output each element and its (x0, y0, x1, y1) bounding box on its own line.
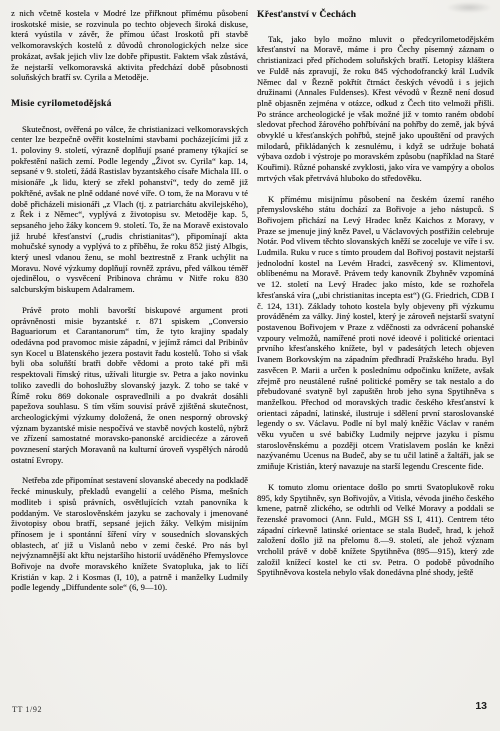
section-heading-krestanstvi-v-cechach: Křesťanství v Čechách (257, 10, 494, 21)
scanned-journal-page: z nich včetně kostela v Modré lze přiřkn… (0, 0, 500, 731)
paragraph: K tomuto zlomu orientace došlo po smrti … (257, 482, 494, 578)
paragraph: Skutečnost, ověřená po válce, že christi… (11, 124, 248, 295)
section-heading-misie-cyrilometodejska: Misie cyrilometodějská (11, 99, 248, 110)
paragraph: Tak, jako bylo možno mluvit o předcyrilo… (257, 34, 494, 184)
paragraph: Právě proto mohli bavorští biskupové arg… (11, 305, 248, 466)
right-text-column: Křesťanství v Čechách Tak, jako bylo mož… (257, 8, 494, 698)
footer-journal-id: TT 1/92 (12, 705, 42, 714)
page-number: 13 (475, 700, 487, 712)
paragraph-continuation: z nich včetně kostela v Modré lze přiřkn… (11, 8, 248, 83)
paragraph: Netřeba zde připomínat sestavení slovans… (11, 475, 248, 593)
paragraph: K přímému misijnímu působení na českém ú… (257, 194, 494, 472)
left-text-column: z nich včetně kostela v Modré lze přiřkn… (11, 8, 248, 698)
